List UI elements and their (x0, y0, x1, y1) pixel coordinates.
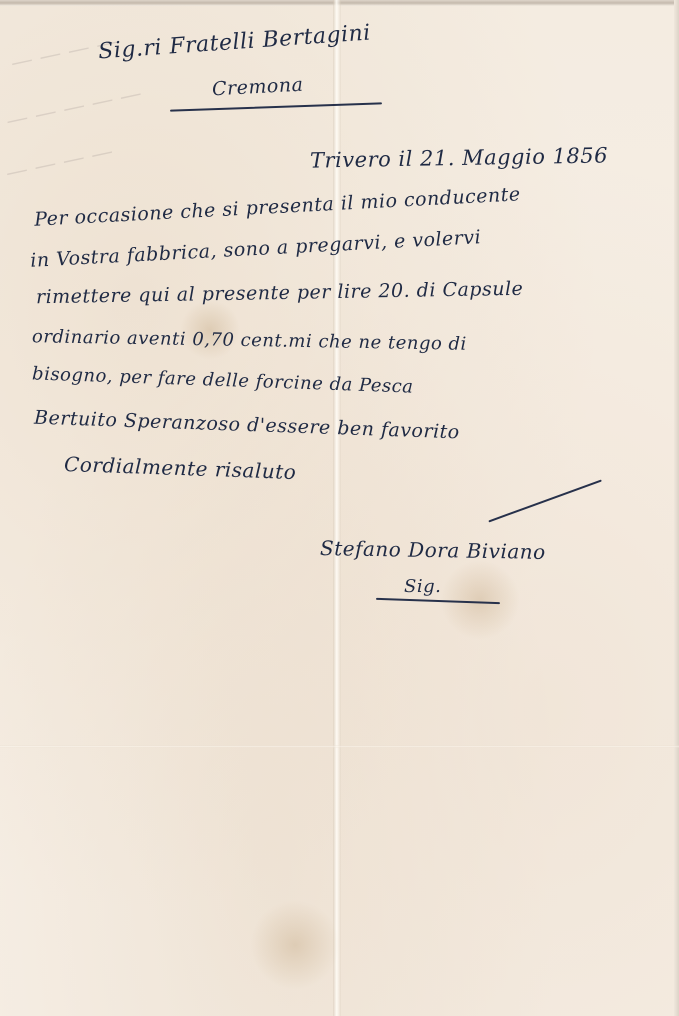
signature: Stefano Dora Biviano (320, 536, 546, 564)
body-line: bisogno, per fare delle forcine da Pesca (32, 363, 414, 397)
paper-right-edge (674, 0, 679, 1016)
letter-page: — — — — — — — — — — — — — Sig.ri Fratell… (0, 0, 679, 1016)
bleed-through-text: — — — — (4, 139, 116, 186)
body-line: Per occasione che si presenta il mio con… (34, 183, 521, 230)
addressee-city: Cremona (211, 74, 303, 101)
horizontal-fold-line (0, 745, 679, 748)
body-line: rimettere qui al presente per lire 20. d… (36, 278, 524, 309)
closing-line: Cordialmente risaluto (64, 452, 297, 484)
body-line: in Vostra fabbrica, sono a pregarvi, e v… (30, 226, 482, 272)
signature-suffix: Sig. (404, 576, 441, 597)
bleed-through-text: — — — — — (4, 81, 144, 134)
body-line: ordinario aventi 0,70 cent.mi che ne ten… (32, 326, 467, 355)
closing-flourish (488, 480, 601, 522)
addressee-line: Sig.ri Fratelli Bertagini (97, 21, 371, 65)
place-date: Trivero il 21. Maggio 1856 (310, 143, 608, 172)
body-line: Bertuito Speranzoso d'essere ben favorit… (34, 407, 460, 444)
age-stain (250, 900, 340, 990)
address-underline (170, 102, 382, 111)
